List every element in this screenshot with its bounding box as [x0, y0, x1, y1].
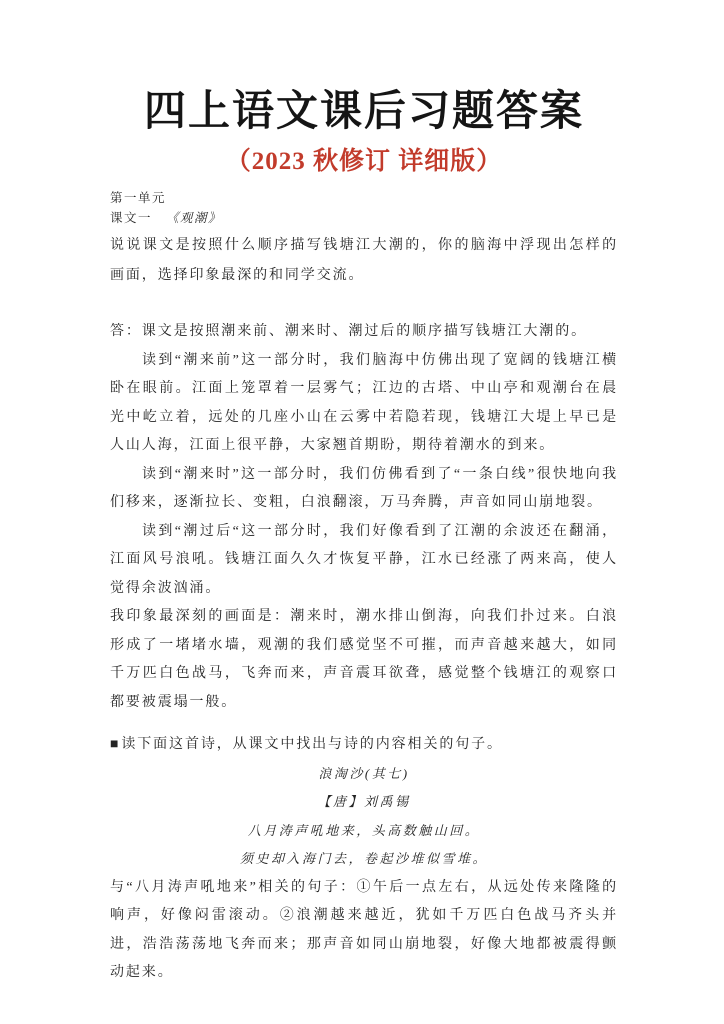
poem-title: 浪淘沙(其七) [110, 760, 618, 789]
answer-2: 与“八月涛声吼地来”相关的句子：①午后一点左右，从远处传来隆隆的响声，好像闷雷滚… [110, 874, 618, 988]
answer-1-summary: 我印象最深刻的画面是：潮来时，潮水排山倒海，向我们扑过来。白浪形成了一堵堵水墙，… [110, 603, 618, 717]
square-bullet-icon: ■ [110, 737, 120, 752]
lesson-heading: 课文一《观潮》 [110, 208, 618, 228]
document-page: 四上语文课后习题答案 （2023 秋修订 详细版） 第一单元 课文一《观潮》 说… [0, 0, 724, 1024]
page-subtitle: （2023 秋修订 详细版） [110, 145, 618, 178]
answer-1-intro: 答：课文是按照潮来前、潮来时、潮过后的顺序描写钱塘江大潮的。 [110, 318, 618, 347]
lesson-title: 《观潮》 [166, 211, 222, 225]
lesson-label: 课文一 [110, 211, 152, 225]
question-2-text: 读下面这首诗，从课文中找出与诗的内容相关的句子。 [121, 737, 503, 752]
question-2: ■读下面这首诗，从课文中找出与诗的内容相关的句子。 [110, 731, 618, 760]
poem-author: 【唐】刘禹锡 [110, 788, 618, 817]
answer-1-paragraph-tide-before: 读到“潮来前”这一部分时，我们脑海中仿佛出现了宽阔的钱塘江横卧在眼前。江面上笼罩… [110, 347, 618, 461]
answer-1-paragraph-tide-coming: 读到“潮来时”这一部分时，我们仿佛看到了“一条白线”很快地向我们移来，逐渐拉长、… [110, 461, 618, 518]
page-title: 四上语文课后习题答案 [110, 86, 618, 138]
poem-block: 浪淘沙(其七) 【唐】刘禹锡 八月涛声吼地来，头高数触山回。 须史却入海门去，卷… [110, 760, 618, 874]
poem-verse-line: 须史却入海门去，卷起沙堆似雪堆。 [110, 845, 618, 874]
unit-heading: 第一单元 [110, 188, 618, 208]
answer-1-paragraph-tide-after: 读到“潮过后“这一部分时，我们好像看到了江潮的余波还在翻涌，江面风号浪吼。钱塘江… [110, 518, 618, 604]
question-1: 说说课文是按照什么顺序描写钱塘江大潮的，你的脑海中浮现出怎样的画面，选择印象最深… [110, 231, 618, 291]
poem-verse-line: 八月涛声吼地来，头高数触山回。 [110, 817, 618, 846]
